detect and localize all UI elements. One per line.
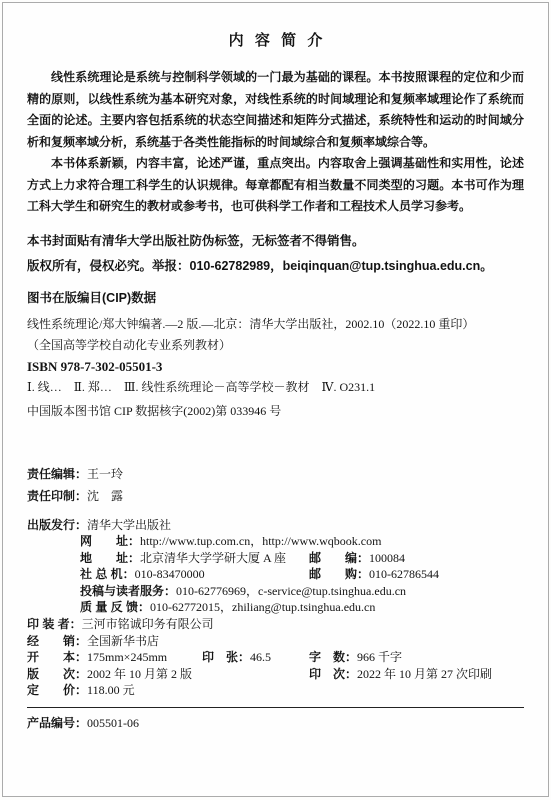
website-label: 网 址： xyxy=(80,534,140,548)
printer-value: 三河市铭诚印务有限公司 xyxy=(82,617,214,631)
sheets-cell: 印 张：46.5 xyxy=(202,649,271,666)
intro-paragraph-2: 本书体系新颖，内容丰富，论述严谨，重点突出。内容取舍上强调基础性和实用性，论述方… xyxy=(27,153,524,218)
sheets-value: 46.5 xyxy=(250,650,271,664)
impression-value: 2022 年 10 月第 27 次印刷 xyxy=(357,667,492,681)
printing-supervisor-name: 沈 露 xyxy=(87,489,123,503)
word-count-value: 966 千字 xyxy=(357,650,402,664)
publication-info-block: 出版发行：清华大学出版社 网 址：http://www.tup.com.cn，h… xyxy=(27,517,524,700)
mail-order-label: 邮 购： xyxy=(309,567,369,581)
isbn: ISBN 978-7-302-05501-3 xyxy=(27,356,524,377)
impression-label: 印 次： xyxy=(309,667,357,681)
pub-row-address: 地 址：北京清华大学学研大厦 A 座邮 编：100084 xyxy=(27,550,524,567)
anti-piracy-line: 本书封面贴有清华大学出版社防伪标签，无标签者不得销售。 xyxy=(27,229,524,254)
switchboard-value: 010-83470000 xyxy=(135,567,205,581)
pub-row-printer: 印 装 者：三河市铭诚印务有限公司 xyxy=(27,616,524,633)
distributor-label: 经 销： xyxy=(27,634,87,648)
publisher-value: 清华大学出版社 xyxy=(87,518,171,532)
editor-label: 责任编辑： xyxy=(27,467,87,481)
switchboard-label: 社 总 机： xyxy=(80,567,135,581)
pub-row-website: 网 址：http://www.tup.com.cn，http://www.wqb… xyxy=(27,533,524,550)
address-label: 地 址： xyxy=(80,551,140,565)
pub-row-quality-feedback: 质 量 反 馈：010-62772015，zhiliang@tup.tsingh… xyxy=(27,599,524,616)
copyright-report-line: 版权所有，侵权必究。举报：010-62782989，beiqinquan@tup… xyxy=(27,254,524,279)
impression-cell: 印 次：2022 年 10 月第 27 次印刷 xyxy=(309,666,492,683)
intro-paragraph-1: 线性系统理论是系统与控制科学领域的一门最为基础的课程。本书按照课程的定位和少而精… xyxy=(27,67,524,153)
staff-row-editor: 责任编辑：王一玲 xyxy=(27,463,524,485)
printing-supervisor-label: 责任印制： xyxy=(27,489,87,503)
cip-classification: Ⅰ. 线… Ⅱ. 郑… Ⅲ. 线性系统理论－高等学校－教材 Ⅳ. O231.1 xyxy=(27,377,524,398)
address-value: 北京清华大学学研大厦 A 座 xyxy=(140,551,286,565)
postcode-value: 100084 xyxy=(369,551,405,565)
website-value: http://www.tup.com.cn，http://www.wqbook.… xyxy=(140,534,381,548)
staff-credits: 责任编辑：王一玲 责任印制：沈 露 xyxy=(27,463,524,507)
pub-row-reader-service: 投稿与读者服务：010-62776969，c-service@tup.tsing… xyxy=(27,583,524,600)
price-label: 定 价： xyxy=(27,683,87,697)
word-count-label: 字 数： xyxy=(309,650,357,664)
editor-name: 王一玲 xyxy=(87,467,123,481)
sheets-label: 印 张： xyxy=(202,650,250,664)
quality-feedback-label: 质 量 反 馈： xyxy=(80,600,150,614)
pub-row-price: 定 价：118.00 元 xyxy=(27,682,524,699)
product-number: 产品编号：005501-06 xyxy=(27,715,524,732)
cip-bibliographic-line: 线性系统理论/郑大钟编著.—2 版.—北京：清华大学出版社，2002.10（20… xyxy=(27,314,524,335)
pub-row-format: 开 本：175mm×245mm印 张：46.5字 数：966 千字 xyxy=(27,649,524,666)
format-label: 开 本： xyxy=(27,650,87,664)
book-copyright-page: 内容简介 线性系统理论是系统与控制科学领域的一门最为基础的课程。本书按照课程的定… xyxy=(2,2,549,797)
pub-row-distributor: 经 销：全国新华书店 xyxy=(27,633,524,650)
cip-data-block: 图书在版编目(CIP)数据 线性系统理论/郑大钟编著.—2 版.—北京：清华大学… xyxy=(27,288,524,422)
publisher-label: 出版发行： xyxy=(27,518,87,532)
cip-series-line: （全国高等学校自动化专业系列教材） xyxy=(27,335,524,356)
pub-row-edition: 版 次：2002 年 10 月第 2 版印 次：2022 年 10 月第 27 … xyxy=(27,666,524,683)
cip-header: 图书在版编目(CIP)数据 xyxy=(27,288,524,306)
footer-divider xyxy=(27,707,524,708)
product-number-label: 产品编号： xyxy=(27,716,87,730)
reader-service-value: 010-62776969，c-service@tup.tsinghua.edu.… xyxy=(176,584,406,598)
word-count-cell: 字 数：966 千字 xyxy=(309,649,402,666)
postcode-cell: 邮 编：100084 xyxy=(309,550,405,567)
postcode-label: 邮 编： xyxy=(309,551,369,565)
price-value: 118.00 元 xyxy=(87,683,135,697)
distributor-value: 全国新华书店 xyxy=(87,634,159,648)
anti-piracy-notice: 本书封面贴有清华大学出版社防伪标签，无标签者不得销售。 版权所有，侵权必究。举报… xyxy=(27,229,524,279)
pub-row-publisher: 出版发行：清华大学出版社 xyxy=(27,517,524,534)
pub-row-switchboard: 社 总 机：010-83470000邮 购：010-62786544 xyxy=(27,566,524,583)
page-title: 内容简介 xyxy=(27,29,524,50)
reader-service-label: 投稿与读者服务： xyxy=(80,584,176,598)
quality-feedback-value: 010-62772015，zhiliang@tup.tsinghua.edu.c… xyxy=(150,600,375,614)
mail-order-cell: 邮 购：010-62786544 xyxy=(309,566,439,583)
staff-row-printing: 责任印制：沈 露 xyxy=(27,485,524,507)
edition-label: 版 次： xyxy=(27,667,87,681)
edition-value: 2002 年 10 月第 2 版 xyxy=(87,667,192,681)
printer-label: 印 装 者： xyxy=(27,617,82,631)
cip-record-number: 中国版本图书馆 CIP 数据核字(2002)第 033946 号 xyxy=(27,401,524,422)
mail-order-value: 010-62786544 xyxy=(369,567,439,581)
product-number-value: 005501-06 xyxy=(87,716,139,730)
format-value: 175mm×245mm xyxy=(87,650,167,664)
